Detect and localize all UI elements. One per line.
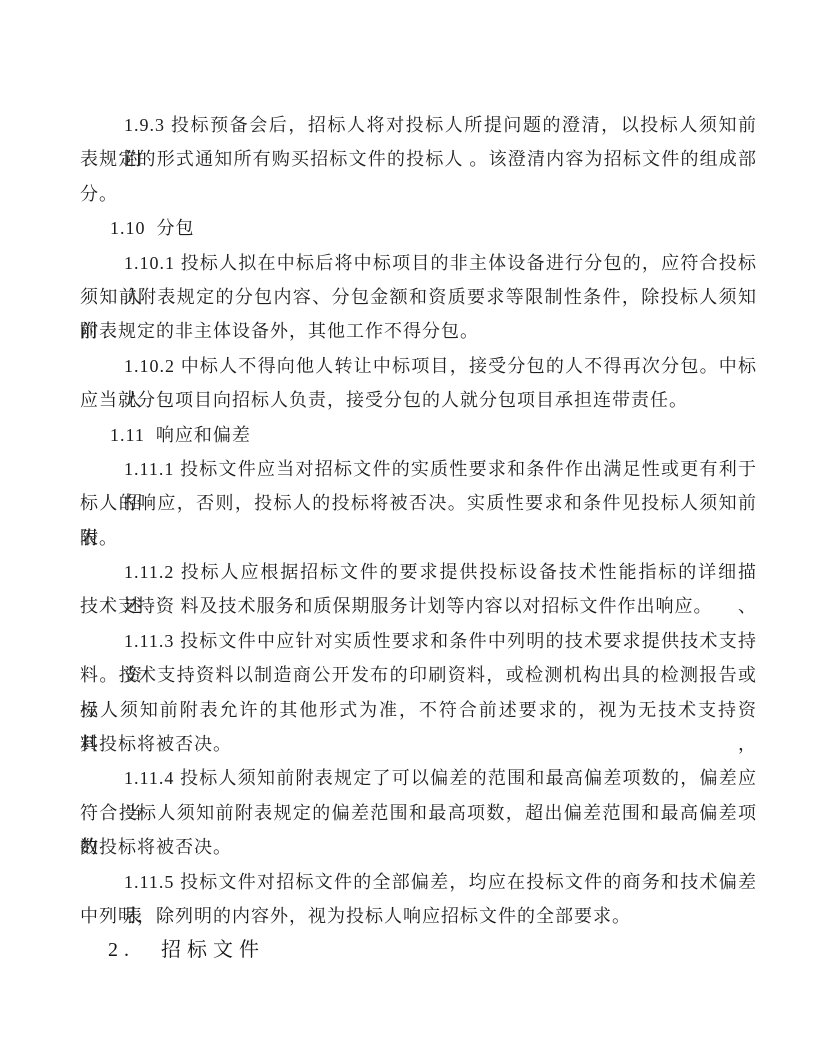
text-line: 标人的响应，否则，投标人的投标将被否决。实质性要求和条件见投标人须知前附 [80,486,757,520]
text-line: 1.10.1 投标人拟在中标后将中标项目的非主体设备进行分包的，应符合投标人 [80,246,757,280]
text-line: 1.11.3 投标文件中应针对实质性要求和条件中列明的技术要求提供技术支持资 [80,624,757,658]
text-line: 1.11.2 投标人应根据招标文件的要求提供投标设备技术性能指标的详细描述、 [80,555,757,589]
text-line: 料。技术支持资料以制造商公开发布的印刷资料，或检测机构出具的检测报告或投 [80,658,757,692]
text-line: 表。 [80,521,757,555]
text-line: 1.11 响应和偏差 [80,418,757,452]
document-page: 1.9.3 投标预备会后，招标人将对投标人所提问题的澄清，以投标人须知前附表规定… [0,0,815,1055]
text-line: 1.11.5 投标文件对招标文件的全部偏差，均应在投标文件的商务和技术偏差表 [80,865,757,899]
document-body: 1.9.3 投标预备会后，招标人将对投标人所提问题的澄清，以投标人须知前附表规定… [80,108,757,968]
text-line: 1.9.3 投标预备会后，招标人将对投标人所提问题的澄清，以投标人须知前附 [80,108,757,142]
text-line: 技术支持资 料及技术服务和质保期服务计划等内容以对招标文件作出响应。 [80,589,757,623]
text-line: 1.11.1 投标文件应当对招标文件的实质性要求和条件作出满足性或更有利于招 [80,452,757,486]
text-line: 的投标将被否决。 [80,830,757,864]
text-line: 1.10 分包 [80,211,757,245]
text-line: 符合投标人须知前附表规定的偏差范围和最高项数，超出偏差范围和最高偏差项数 [80,796,757,830]
text-line: 表规定的形式通知所有购买招标文件的投标人 。该澄清内容为招标文件的组成部 [80,142,757,176]
text-line: 分。 [80,177,757,211]
text-line: 1.11.4 投标人须知前附表规定了可以偏差的范围和最高偏差项数的，偏差应当 [80,761,757,795]
text-line: 标人须知前附表允许的其他形式为准，不符合前述要求的，视为无技术支持资料， [80,693,757,727]
text-line: 附表规定的非主体设备外，其他工作不得分包。 [80,314,757,348]
section-heading: 2. 招标文件 [80,933,757,967]
text-line: 中列明，除列明的内容外，视为投标人响应招标文件的全部要求。 [80,899,757,933]
text-line: 须知前附表规定的分包内容、分包金额和资质要求等限制性条件，除投标人须知前 [80,280,757,314]
text-line: 应当就分包项目向招标人负责，接受分包的人就分包项目承担连带责任。 [80,383,757,417]
text-line: 1.10.2 中标人不得向他人转让中标项目，接受分包的人不得再次分包。中标人 [80,349,757,383]
